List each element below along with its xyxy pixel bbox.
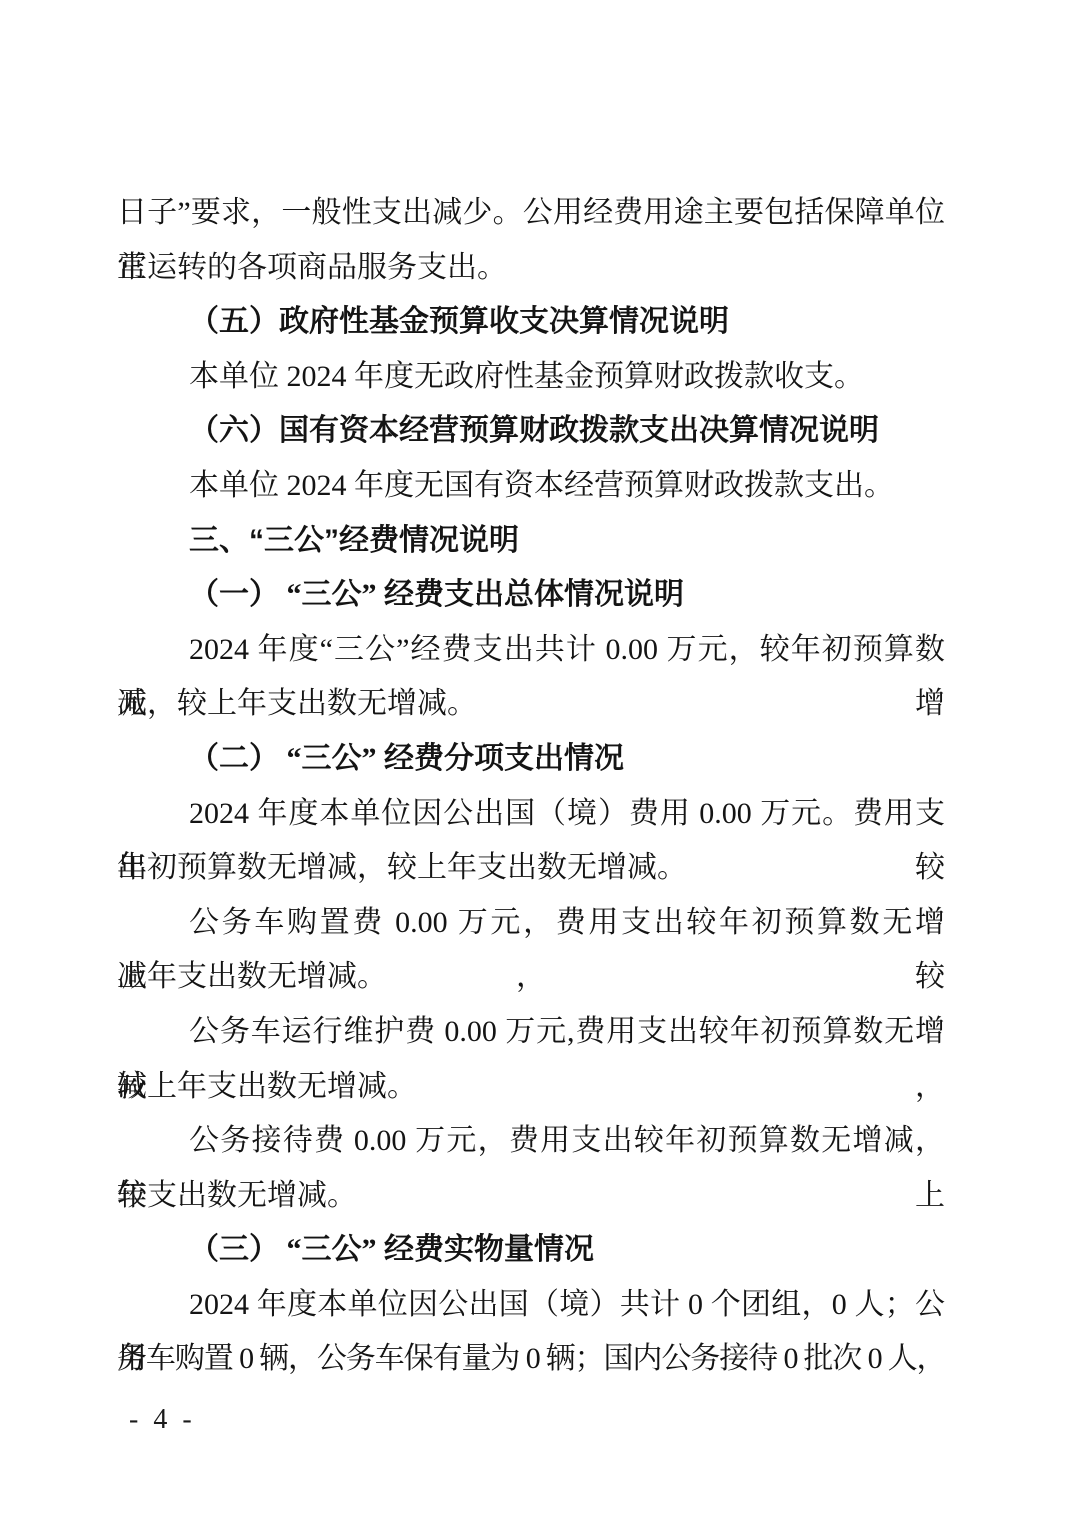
document-page: 日子”要求，一般性支出减少。公用经费用途主要包括保障单位正 常运转的各项商品服务… [0,0,1075,1520]
body-outbound-expense-line-1: 2024 年度本单位因公出国（境）费用 0.00 万元。费用支出较 [117,787,945,842]
heading-subsection-two: （二） “三公” 经费分项支出情况 [117,732,945,787]
heading-subsection-three: （三） “三公” 经费实物量情况 [117,1223,945,1278]
body-physical-quantity-line-1: 2024 年度本单位因公出国（境）共计 0 个团组，0 人；公务 [117,1278,945,1333]
heading-section-six: （六）国有资本经营预算财政拨款支出决算情况说明 [117,404,945,459]
document-text-block: 日子”要求，一般性支出减少。公用经费用途主要包括保障单位正 常运转的各项商品服务… [117,186,945,1387]
page-number: - 4 - [129,1400,195,1440]
body-vehicle-purchase-line-1: 公务车购置费 0.00 万元，费用支出较年初预算数无增减，较 [117,896,945,951]
heading-subsection-one: （一） “三公” 经费支出总体情况说明 [117,568,945,623]
body-continuation-line-2: 常运转的各项商品服务支出。 [117,241,945,296]
body-section-five: 本单位 2024 年度无政府性基金预算财政拨款收支。 [117,350,945,405]
body-reception-expense-line-1: 公务接待费 0.00 万元，费用支出较年初预算数无增减，较上 [117,1114,945,1169]
body-vehicle-maintenance-line-1: 公务车运行维护费 0.00 万元,费用支出较年初预算数无增减， [117,1005,945,1060]
body-section-six: 本单位 2024 年度无国有资本经营预算财政拨款支出。 [117,459,945,514]
body-continuation-line-1: 日子”要求，一般性支出减少。公用经费用途主要包括保障单位正 [117,186,945,241]
body-physical-quantity-line-2: 用车购置 0 辆，公务车保有量为 0 辆；国内公务接待 0 批次 0 人， [117,1332,945,1387]
body-total-expense-line-1: 2024 年度“三公”经费支出共计 0.00 万元，较年初预算数无增 [117,623,945,678]
heading-part-three-sangong: 三、“三公”经费情况说明 [117,514,945,569]
heading-section-five: （五）政府性基金预算收支决算情况说明 [117,295,945,350]
